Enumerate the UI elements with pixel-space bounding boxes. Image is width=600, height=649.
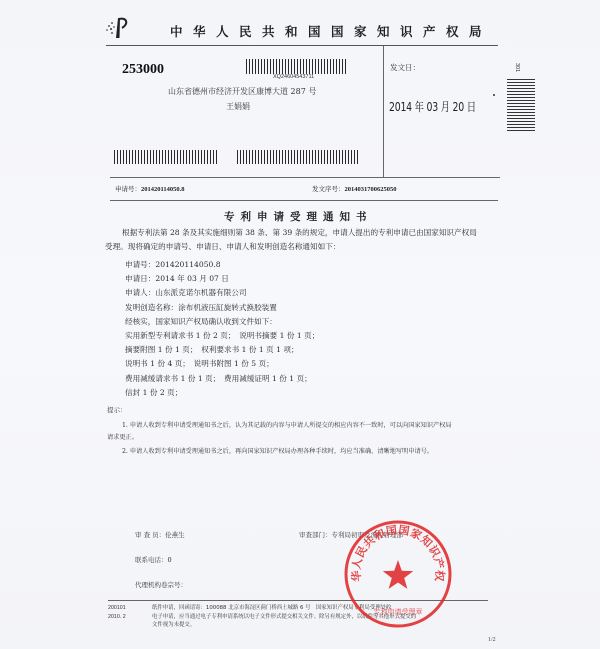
notice-page: 中华人民共和国国家知识产权局 253000 XQ24604543711 山东省德…	[0, 0, 600, 649]
cnipa-logo-icon	[103, 12, 133, 42]
intro-paragraph-cont: 受理。现将确定的申请号、申请日、申请人和发明创造名称通知如下：	[105, 240, 340, 254]
received-file-item: 信封 1 份 2 页；	[125, 386, 319, 400]
intro-paragraph: 根据专利法第 28 条及其实施细则第 38 条、第 39 条的规定，申请人提出的…	[122, 226, 477, 240]
received-file-item: 实用新型专利请求书 1 份 2 页； 说明书摘要 1 份 1 页；	[125, 329, 319, 343]
svg-text:专利申请受理章: 专利申请受理章	[374, 607, 423, 616]
page-number: 1/2	[488, 637, 496, 643]
application-details: 申请号：201420114050.8 申请日：2014 年 03 月 07 日 …	[125, 258, 319, 400]
tips-label: 提示：	[107, 405, 127, 414]
sequence-number-row: 发文序号：2014031700625050	[312, 184, 397, 193]
application-number-row: 申请号：201420114050.8	[115, 184, 185, 193]
side-barcode	[507, 79, 535, 131]
column-divider	[383, 46, 384, 177]
contact-phone: 联系电话：0	[135, 555, 172, 564]
mailing-address: 山东省德州市经济开发区康博大道 287 号	[168, 86, 316, 97]
field-applicant: 申请人：山东派克诺尔机器有限公司	[125, 286, 319, 300]
tip-item-1: 1. 申请人收到专利申请受理通知书之后，认为其记载的内容与申请人所提交的相应内容…	[122, 420, 452, 432]
speck	[493, 94, 495, 96]
application-number: 201420114050.8	[141, 186, 185, 193]
issue-date-label: 发文日：	[390, 62, 420, 73]
field-filing-date: 申请日：2014 年 03 月 07 日	[125, 272, 319, 286]
tip-item-2: 2. 申请人收到专利申请受理通知书之后，再向国家知识产权局办理各种手续时，均应当…	[122, 446, 433, 458]
divider	[110, 200, 498, 201]
document-title: 专利申请受理通知书	[224, 209, 373, 224]
recipient-name: 王娟娟	[226, 101, 250, 112]
field-application-number: 申请号：201420114050.8	[125, 258, 319, 272]
barcode-number: XQ24604543711	[273, 74, 314, 80]
examiner: 审 查 员：伦燕生	[135, 530, 185, 539]
form-code: 200101 2010. 2	[108, 604, 126, 621]
issue-date: 2014 年 03 月 20 日	[389, 98, 476, 115]
received-file-item: 说明书 1 份 4 页； 说明书附图 1 份 5 页；	[125, 357, 319, 371]
barcode-left	[114, 150, 217, 164]
agency-file-number: 代理机构卷宗号：	[135, 580, 187, 589]
header-divider	[106, 45, 498, 46]
received-file-item: 费用减缓请求书 1 份 1 页； 费用减缓证明 1 份 1 页；	[125, 372, 319, 386]
tip-item-1-cont: 请求更正。	[107, 432, 138, 444]
field-invention-title: 发明创造名称：涂布机液压缸旋转式换胶装置	[125, 301, 319, 315]
postcode: 253000	[122, 62, 164, 78]
sequence-number: 2014031700625050	[345, 186, 397, 193]
mail-barcode	[246, 59, 346, 74]
divider	[110, 177, 500, 178]
organization-title: 中华人民共和国国家知识产权局	[170, 22, 492, 40]
side-code: 301	[514, 63, 520, 72]
barcode-right	[237, 150, 359, 164]
received-file-item: 摘要附图 1 份 1 页； 权利要求书 1 份 1 页 1 项；	[125, 343, 319, 357]
field-verification: 经核实，国家知识产权局确认收到文件如下：	[125, 315, 319, 329]
official-seal-icon: 中华人民共和国国家知识产权局 专利申请受理章	[342, 518, 454, 630]
